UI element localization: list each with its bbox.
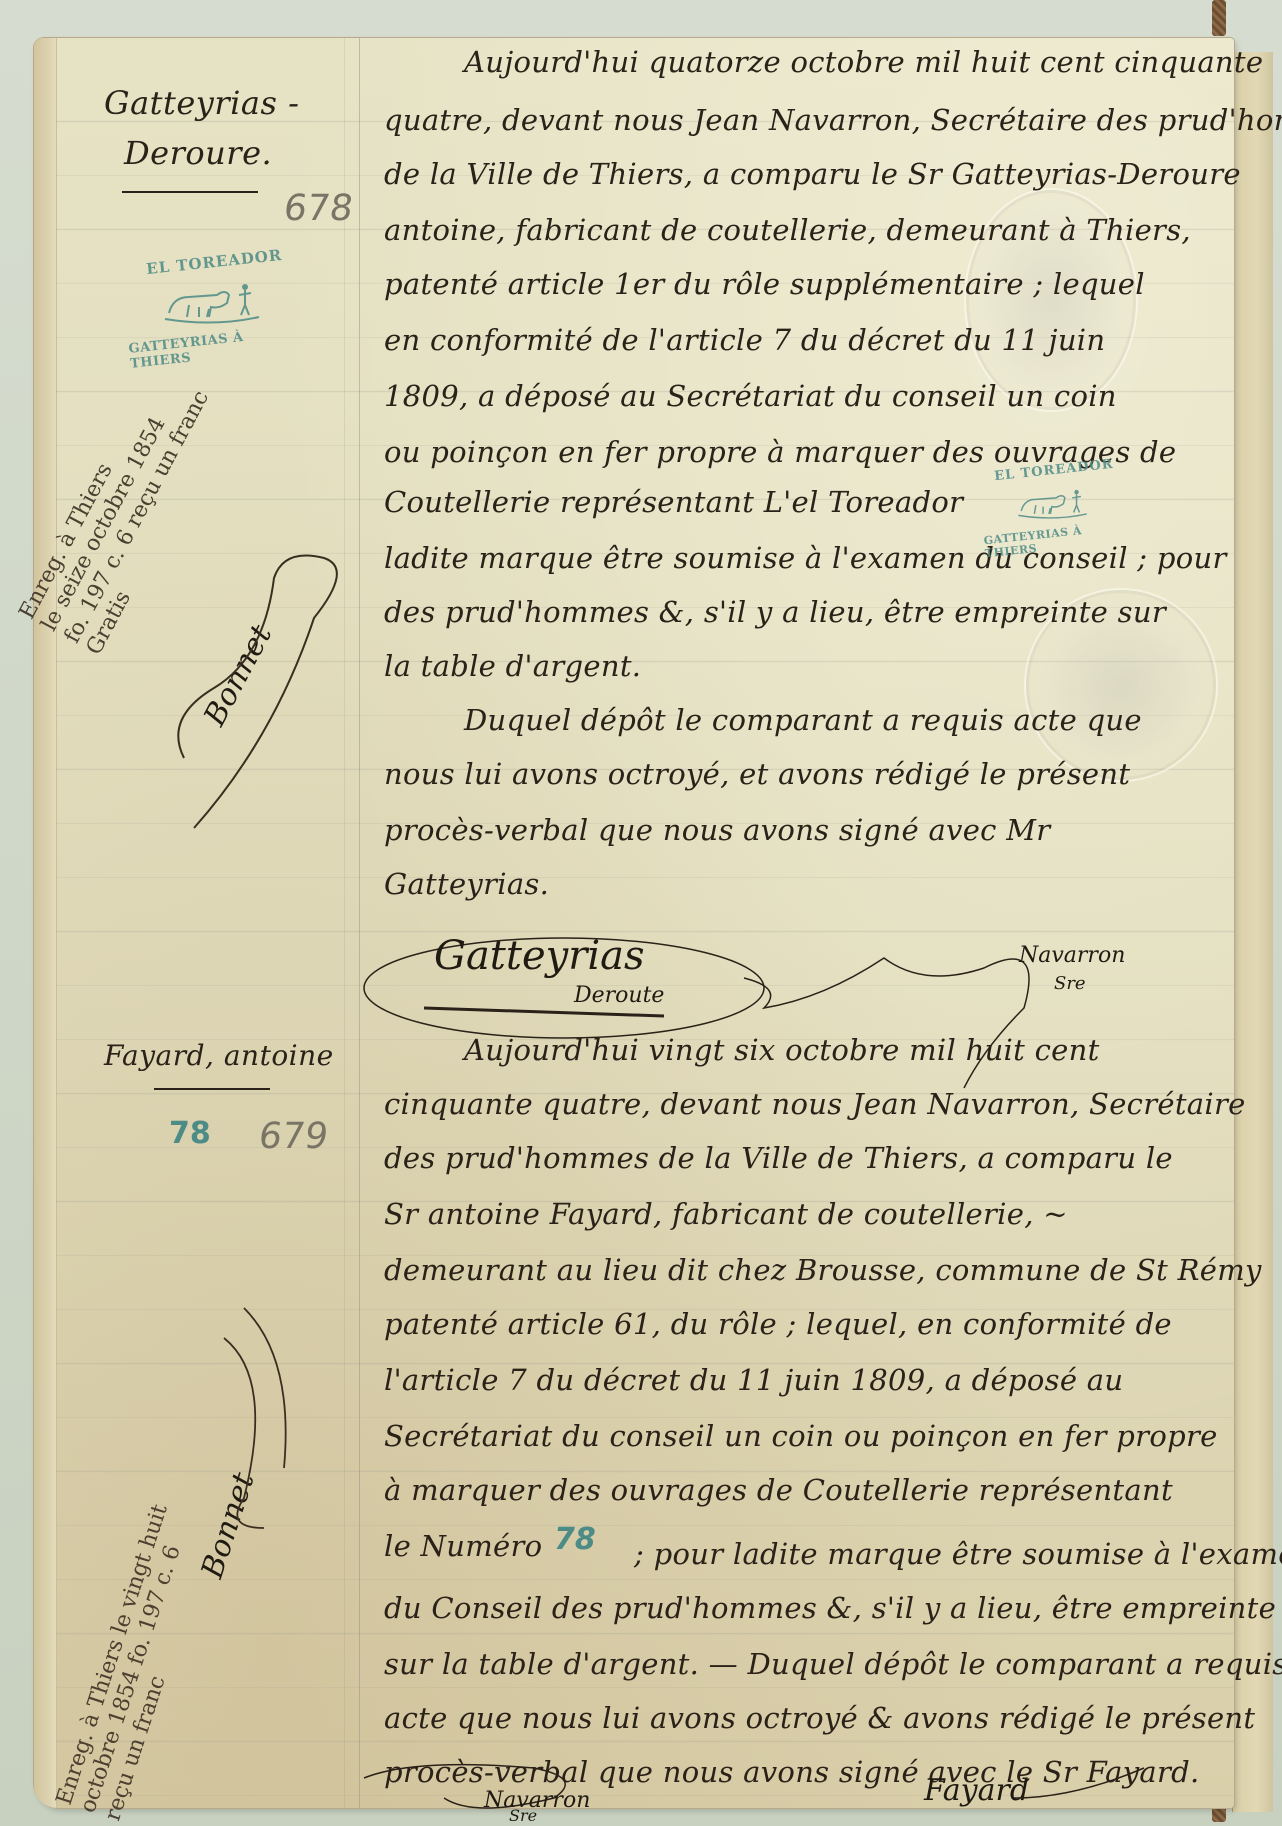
- bull-and-toreador-icon: [159, 279, 269, 325]
- entry1-margin-underline: [122, 191, 258, 193]
- register-page: Gatteyrias - Deroure. 678 EL TOREADOR GA…: [34, 38, 1234, 1808]
- entry2-body-line: acte que nous lui avons octroyé & avons …: [384, 1704, 1254, 1733]
- entry1-body-line: Duquel dépôt le comparant a requis acte …: [464, 706, 1282, 735]
- entry2-secretary-signature: Navarron: [484, 1788, 590, 1813]
- entry1-name-line2: Deroure.: [124, 133, 299, 173]
- entry2-body-line: l'article 7 du décret du 11 juin 1809, a…: [384, 1366, 1254, 1395]
- binding-cord-top: [1212, 0, 1226, 36]
- entry1-body-line: Gatteyrias.: [384, 870, 1254, 899]
- margin-rule: [359, 38, 360, 1808]
- entry2-body-line: demeurant au lieu dit chez Brousse, comm…: [384, 1256, 1254, 1285]
- entry1-body-line: la table d'argent.: [384, 652, 1254, 681]
- entry1-depositor-signature: Gatteyrias: [434, 933, 645, 979]
- entry1-body-line: Aujourd'hui quatorze octobre mil huit ce…: [464, 48, 1282, 77]
- entry2-body-line: ; pour ladite marque être soumise à l'ex…: [634, 1540, 1254, 1569]
- registration-signature-flourish: [124, 538, 364, 838]
- registration2-signature-flourish: [184, 1298, 304, 1538]
- entry2-body-line: patenté article 61, du rôle ; lequel, en…: [384, 1310, 1254, 1339]
- entry1-folio-number: 678: [281, 188, 355, 229]
- entry2-secretary-suffix: Sre: [509, 1806, 537, 1825]
- entry1-body-line: nous lui avons octroyé, et avons rédigé …: [384, 760, 1254, 789]
- entry2-margin-underline: [154, 1088, 270, 1090]
- entry1-secretary-suffix: Sre: [1054, 973, 1086, 994]
- entry2-body-line: Aujourd'hui vingt six octobre mil huit c…: [464, 1036, 1282, 1065]
- entry1-body-line: antoine, fabricant de coutellerie, demeu…: [384, 216, 1254, 245]
- bull-and-toreador-icon: [1014, 486, 1094, 520]
- entry1-body-line: en conformité de l'article 7 du décret d…: [384, 326, 1254, 355]
- entry2-body-line: des prud'hommes de la Ville de Thiers, a…: [384, 1144, 1254, 1173]
- margin-rule-faint: [344, 38, 345, 1808]
- entry1-body-line: procès-verbal que nous avons signé avec …: [384, 816, 1254, 845]
- entry2-body-line: sur la table d'argent. — Duquel dépôt le…: [384, 1650, 1254, 1679]
- entry1-inline-stamp: EL TOREADOR GATTEYRIAS À THIERS: [984, 463, 1124, 553]
- entry1-body-line: 1809, a déposé au Secrétariat du conseil…: [384, 382, 1254, 411]
- entry1-name-line1: Gatteyrias -: [104, 83, 299, 123]
- entry2-stamp-number: 78: [169, 1116, 211, 1151]
- entry1-secretary-signature: Navarron: [1019, 943, 1125, 968]
- page-gutter: [34, 38, 57, 1808]
- entry1-body-line: des prud'hommes &, s'il y a lieu, être e…: [384, 598, 1254, 627]
- entry2-depositor-flourish: [1014, 1768, 1154, 1808]
- entry2-body-line-numero: le Numéro: [384, 1532, 542, 1561]
- entry1-depositor-signature-line2: Deroute: [574, 983, 664, 1008]
- entry1-body-line: de la Ville de Thiers, a comparu le Sr G…: [384, 160, 1254, 189]
- entry1-body-line: patenté article 1er du rôle supplémentai…: [384, 270, 1254, 299]
- entry1-margin-name: Gatteyrias - Deroure.: [104, 83, 299, 173]
- entry2-body-line: à marquer des ouvrages de Coutellerie re…: [384, 1476, 1254, 1505]
- entry2-margin-name: Fayard, antoine: [104, 1038, 334, 1073]
- entry1-margin-stamp: EL TOREADOR GATTEYRIAS À THIERS: [129, 253, 299, 363]
- entry2-body-line: Secrétariat du conseil un coin ou poinço…: [384, 1422, 1254, 1451]
- entry2-body-line: cinquante quatre, devant nous Jean Navar…: [384, 1090, 1254, 1119]
- entry1-body-line: quatre, devant nous Jean Navarron, Secré…: [384, 106, 1254, 135]
- entry2-inline-stamp-number: 78: [554, 1522, 596, 1557]
- entry2-folio-number: 679: [256, 1116, 330, 1157]
- entry2-body-line: du Conseil des prud'hommes &, s'il y a l…: [384, 1594, 1254, 1623]
- entry2-body-line: Sr antoine Fayard, fabricant de coutelle…: [384, 1200, 1254, 1229]
